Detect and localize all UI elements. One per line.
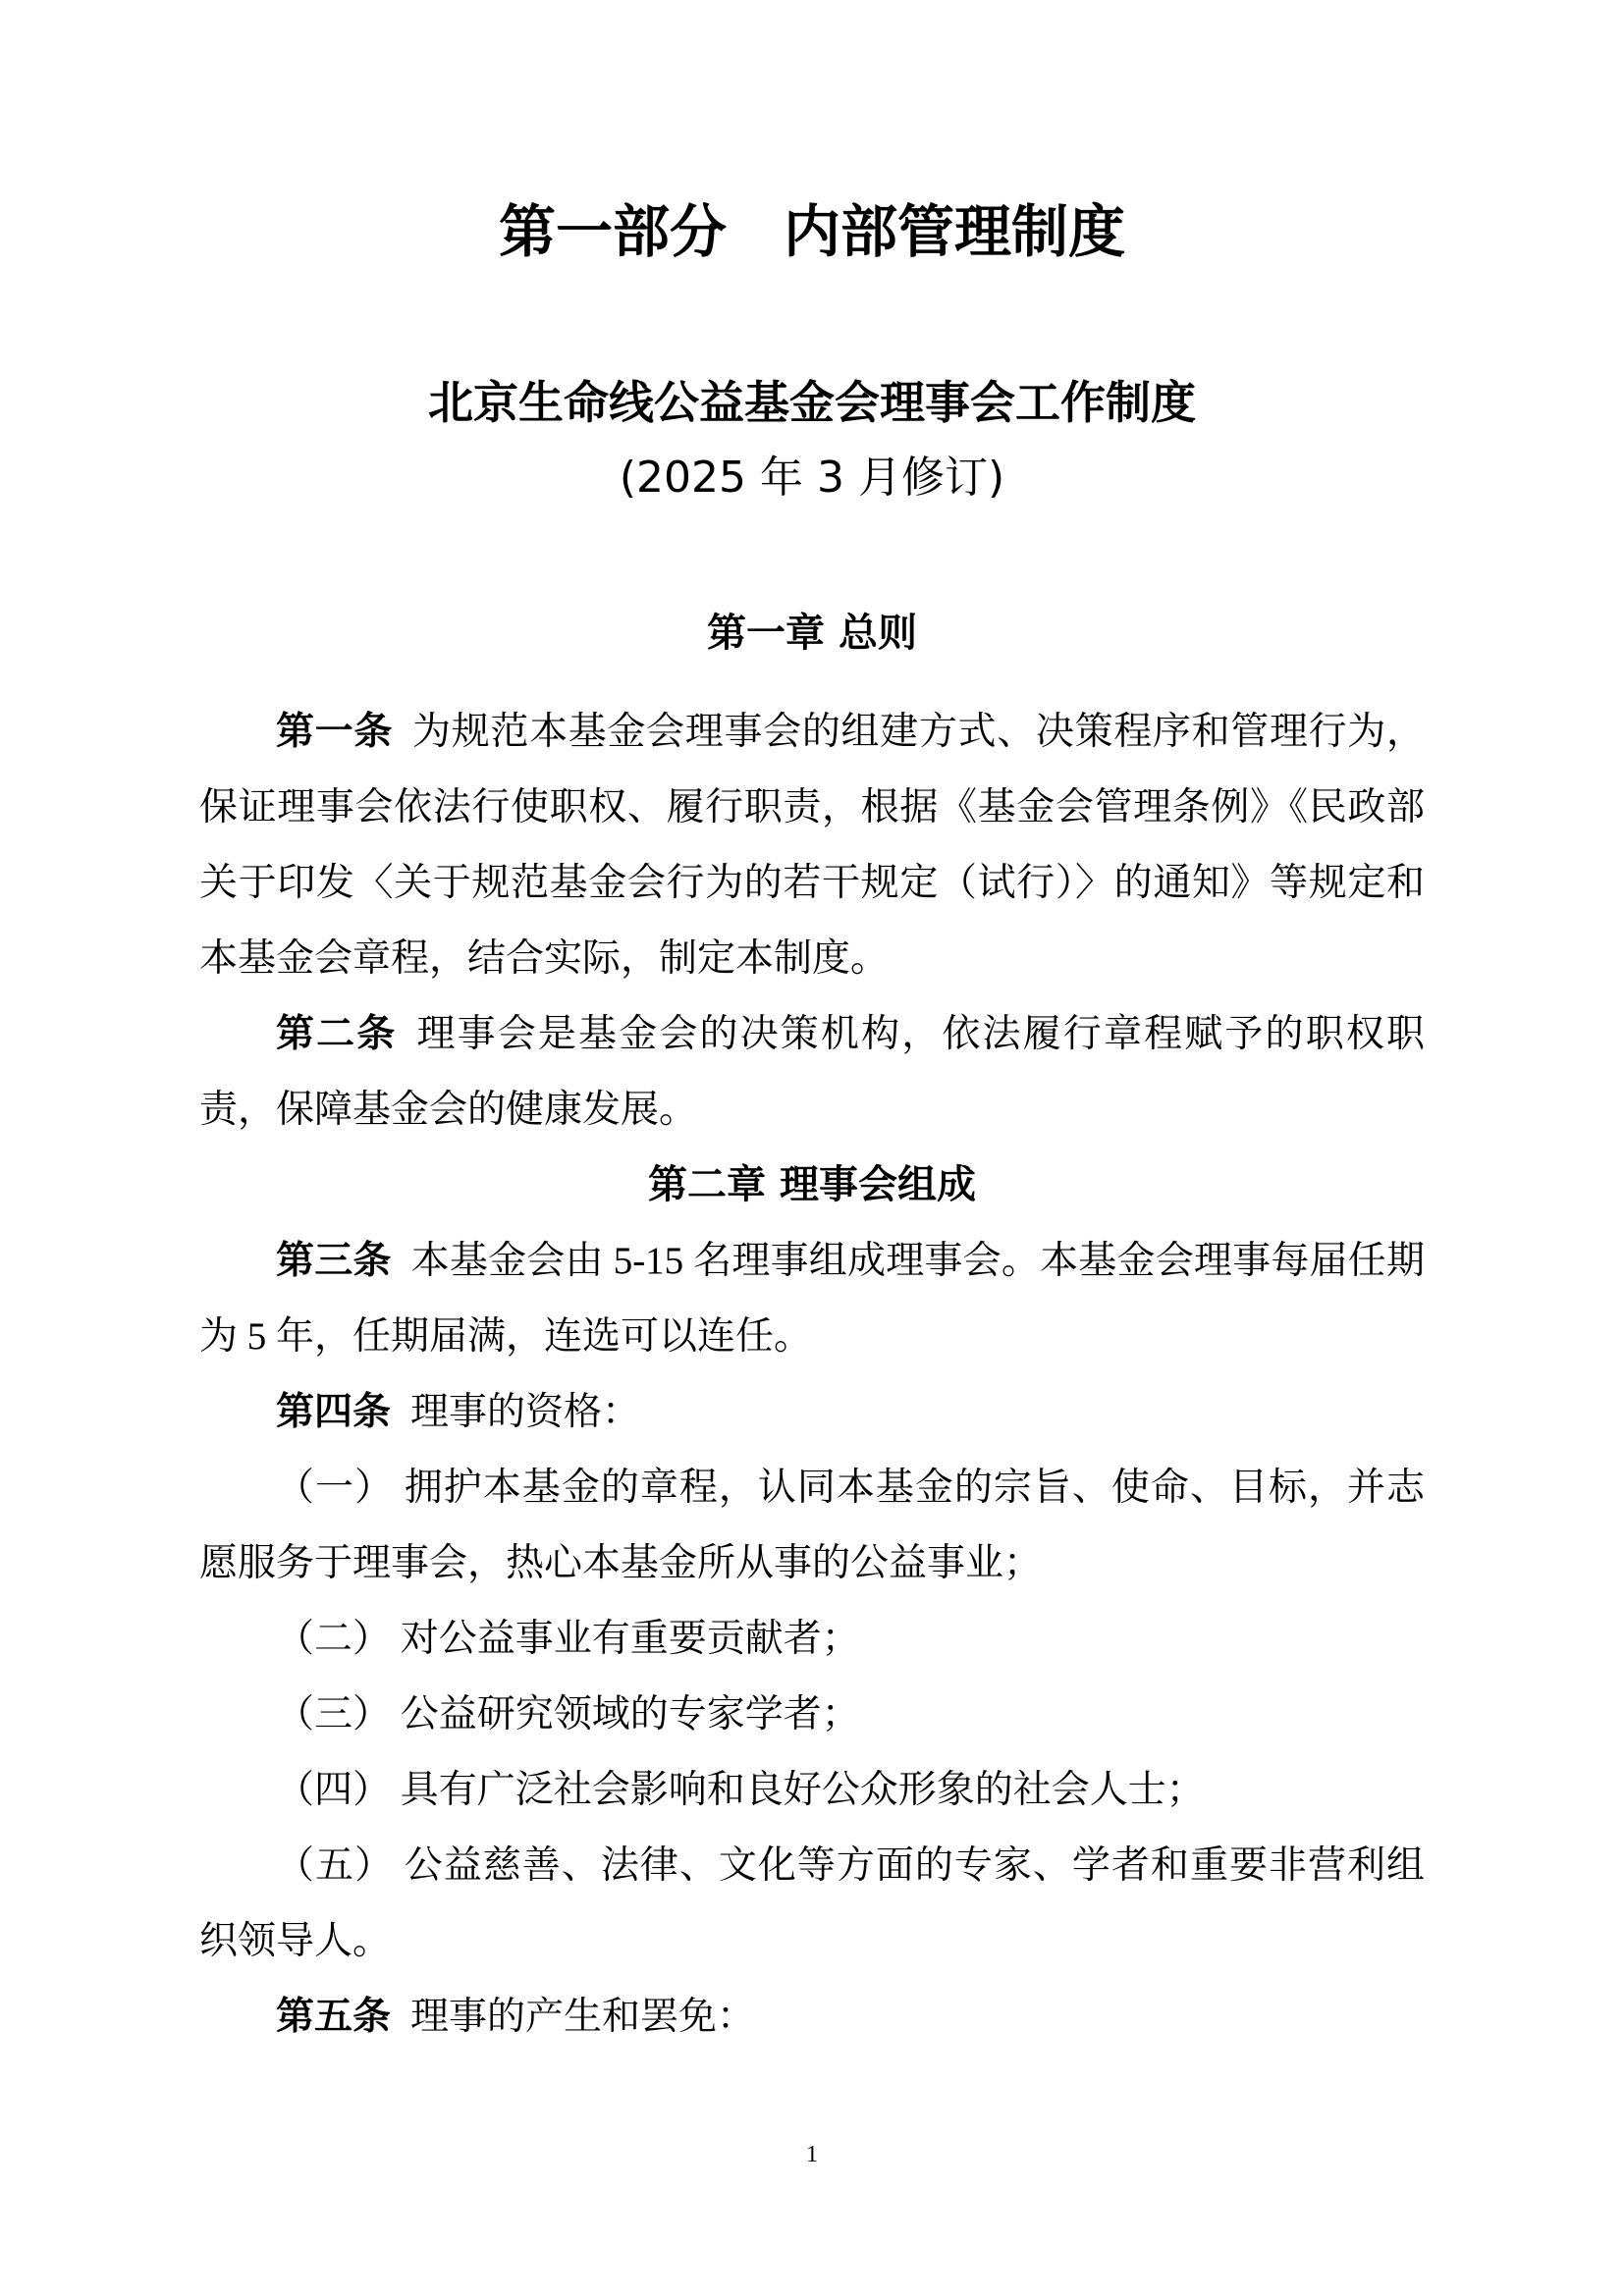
article-1-paragraph: 第一条为规范本基金会理事会的组建方式、决策程序和管理行为，保证理事会依法行使职权… (199, 694, 1425, 996)
article-5-label: 第五条 (276, 1995, 391, 2039)
clause-item-4: （四） 具有广泛社会影响和良好公众形象的社会人士； (199, 1752, 1425, 1828)
clause-item-3: （三） 公益研究领域的专家学者； (199, 1677, 1425, 1752)
revision-date: (2025 年 3 月修订) (199, 454, 1425, 502)
article-2-label: 第二条 (276, 1012, 397, 1056)
document-body: 第一条为规范本基金会理事会的组建方式、决策程序和管理行为，保证理事会依法行使职权… (199, 694, 1425, 2055)
clause-item-5: （五） 公益慈善、法律、文化等方面的专家、学者和重要非营利组织领导人。 (199, 1828, 1425, 1979)
article-1-label: 第一条 (276, 710, 393, 754)
clause-item-2: （二） 对公益事业有重要贡献者； (199, 1601, 1425, 1677)
clause-item-1: （一） 拥护本基金的章程，认同本基金的宗旨、使命、目标，并志愿服务于理事会，热心… (199, 1450, 1425, 1601)
article-5-text: 理事的产生和罢免： (410, 1996, 755, 2038)
article-4-paragraph: 第四条理事的资格： (199, 1374, 1425, 1450)
document-title: 北京生命线公益基金会理事会工作制度 (199, 378, 1425, 427)
page-number: 1 (0, 2140, 1624, 2169)
article-2-paragraph: 第二条理事会是基金会的决策机构，依法履行章程赋予的职权职责，保障基金会的健康发展… (199, 996, 1425, 1148)
article-3-paragraph: 第三条本基金会由 5-15 名理事组成理事会。本基金会理事每届任期为 5 年，任… (199, 1223, 1425, 1374)
article-4-label: 第四条 (276, 1390, 391, 1434)
part-title: 第一部分 内部管理制度 (199, 201, 1425, 262)
chapter-1-heading: 第一章 总则 (199, 612, 1425, 655)
article-3-label: 第三条 (276, 1239, 392, 1283)
document-page: 第一部分 内部管理制度 北京生命线公益基金会理事会工作制度 (2025 年 3 … (0, 0, 1624, 2296)
article-5-paragraph: 第五条理事的产生和罢免： (199, 1979, 1425, 2055)
article-4-text: 理事的资格： (410, 1391, 640, 1433)
chapter-2-heading: 第二章 理事会组成 (199, 1148, 1425, 1223)
